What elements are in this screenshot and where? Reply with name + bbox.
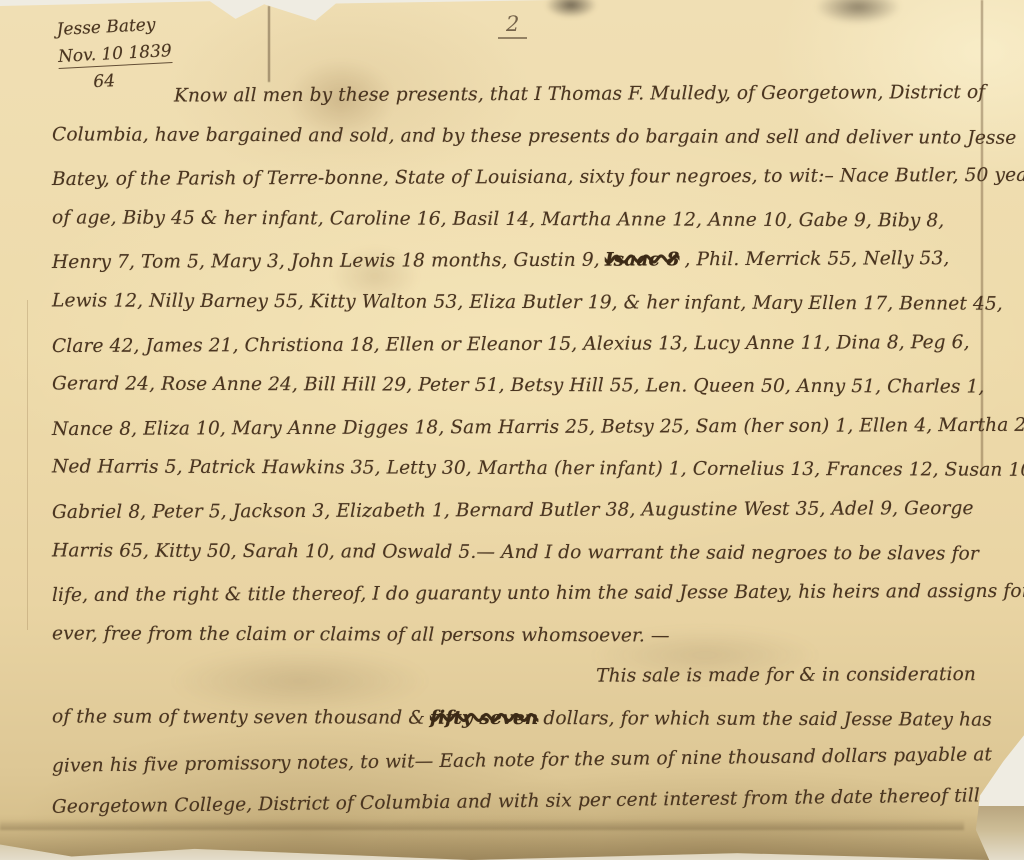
- body-line: Nance 8, Eliza 10, Mary Anne Digges 18, …: [52, 415, 990, 461]
- body-line-segment: , Phil. Merrick 55, Nelly 53,: [684, 249, 949, 271]
- document-scan: Jesse Batey Nov. 10 1839 64 2 Know all m…: [0, 0, 1024, 860]
- body-line: Lewis 12, Nilly Barney 55, Kitty Walton …: [52, 290, 990, 335]
- body-line: Clare 42, James 21, Christiona 18, Ellen…: [52, 332, 990, 378]
- document-body: Know all men by these presents, that I T…: [52, 84, 990, 833]
- smudge-stain: [815, 0, 901, 24]
- body-line: Gabriel 8, Peter 5, Jackson 3, Elizabeth…: [52, 498, 990, 544]
- page-number: 2: [498, 12, 527, 39]
- document-page: Jesse Batey Nov. 10 1839 64 2 Know all m…: [0, 0, 1024, 860]
- body-line-segment: dollars, for which sum the said Jesse Ba…: [543, 708, 992, 731]
- body-line-segment: Henry 7, Tom 5, Mary 3, John Lewis 18 mo…: [52, 250, 600, 273]
- body-line: ever, free from the claim or claims of a…: [52, 623, 990, 668]
- body-line: Gerard 24, Rose Anne 24, Bill Hill 29, P…: [52, 374, 990, 419]
- body-line: life, and the right & title thereof, I d…: [52, 581, 990, 627]
- paper-edge-line: [27, 300, 28, 630]
- body-line: Batey, of the Parish of Terre-bonne, Sta…: [52, 165, 990, 211]
- body-line: of age, Biby 45 & her infant, Caroline 1…: [52, 207, 990, 252]
- body-line: Columbia, have bargained and sold, and b…: [52, 124, 990, 169]
- struck-out-text: fifty seven: [430, 708, 539, 729]
- body-line: of the sum of twenty seven thousand &fif…: [52, 706, 990, 751]
- struck-out-text: Isaac 8: [605, 250, 680, 271]
- body-line: Know all men by these presents, that I T…: [52, 82, 990, 128]
- body-line-segment: of the sum of twenty seven thousand &: [52, 706, 425, 728]
- body-line: Harris 65, Kitty 50, Sarah 10, and Oswal…: [52, 540, 990, 585]
- archival-note-date: Nov. 10 1839: [58, 41, 173, 69]
- paper-tear-crease: [268, 6, 270, 82]
- ink-blot-stain: [545, 0, 597, 18]
- body-line: Ned Harris 5, Patrick Hawkins 35, Letty …: [52, 457, 990, 502]
- body-line: Henry 7, Tom 5, Mary 3, John Lewis 18 mo…: [52, 248, 990, 294]
- body-line: This sale is made for & in consideration: [52, 664, 990, 710]
